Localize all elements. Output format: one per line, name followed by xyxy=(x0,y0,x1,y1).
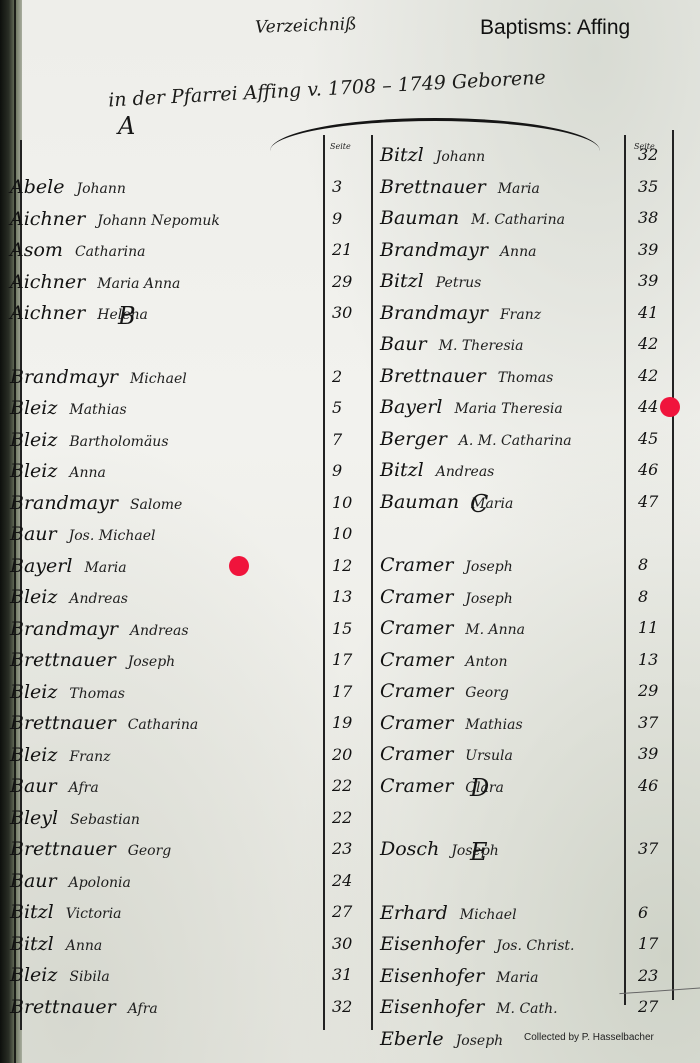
entry-given-name: Catharina xyxy=(128,717,199,733)
index-entry: BrettnauerCatharina xyxy=(10,708,198,738)
index-entry: AbeleJohann xyxy=(10,172,126,202)
entry-given-name: Anna xyxy=(500,244,537,260)
entry-given-name: M. Theresia xyxy=(439,338,524,354)
entry-page-number: 44 xyxy=(638,392,658,422)
entry-page-number: 8 xyxy=(638,550,648,580)
entry-surname: Bitzl xyxy=(380,270,424,292)
right-page-column-rule xyxy=(624,135,626,1005)
entry-surname: Cramer xyxy=(380,586,453,608)
entry-surname: Bitzl xyxy=(10,933,54,955)
index-entry: AichnerMaria Anna xyxy=(10,267,180,297)
entry-given-name: Mathias xyxy=(465,717,522,733)
entry-given-name: Joseph xyxy=(128,654,176,670)
entry-given-name: Georg xyxy=(465,685,509,701)
index-entry: BrandmayrAnna xyxy=(380,235,536,265)
index-entry: BrandmayrSalome xyxy=(10,488,182,518)
entry-surname: Aichner xyxy=(10,302,85,324)
entry-surname: Brandmayr xyxy=(10,618,118,640)
entry-given-name: Maria xyxy=(498,181,540,197)
entry-page-number: 29 xyxy=(332,267,352,297)
index-entry: BrandmayrFranz xyxy=(380,298,541,328)
entry-given-name: Andreas xyxy=(436,464,495,480)
entry-given-name: Ursula xyxy=(465,748,513,764)
index-entry: ErhardMichael xyxy=(380,898,517,928)
entry-surname: Bitzl xyxy=(380,459,424,481)
entry-surname: Eisenhofer xyxy=(380,933,484,955)
entry-surname: Cramer xyxy=(380,680,453,702)
entry-page-number: 13 xyxy=(638,645,658,675)
entry-surname: Brandmayr xyxy=(10,492,118,514)
index-entry: EisenhoferJos. Christ. xyxy=(380,929,575,959)
entry-given-name: A. M. Catharina xyxy=(459,433,572,449)
entry-surname: Bleiz xyxy=(10,681,57,703)
index-entry: BitzlAndreas xyxy=(380,455,494,485)
entry-surname: Brettnauer xyxy=(10,838,116,860)
index-entry: BleizBartholomäus xyxy=(10,425,169,455)
index-entry: BaurJos. Michael xyxy=(10,519,156,549)
highlight-marker xyxy=(660,397,680,417)
index-entry: BrettnauerMaria xyxy=(380,172,540,202)
entry-surname: Dosch xyxy=(380,838,439,860)
entry-given-name: Maria xyxy=(496,970,538,986)
entry-page-number: 3 xyxy=(332,172,342,202)
entry-page-number: 31 xyxy=(332,960,352,990)
entry-surname: Cramer xyxy=(380,554,453,576)
entry-page-number: 22 xyxy=(332,771,352,801)
index-entry: BaurAfra xyxy=(10,771,99,801)
index-entry: BleizAndreas xyxy=(10,582,128,612)
entry-given-name: Bartholomäus xyxy=(69,434,168,450)
entry-surname: Bauman xyxy=(380,491,459,513)
entry-page-number: 19 xyxy=(332,708,352,738)
index-entry: BitzlVictoria xyxy=(10,897,122,927)
index-entry: BitzlJohann xyxy=(380,140,485,170)
entry-given-name: Sibila xyxy=(69,969,109,985)
entry-given-name: Afra xyxy=(69,780,99,796)
entry-surname: Brettnauer xyxy=(10,996,116,1018)
entry-given-name: Michael xyxy=(460,907,517,923)
entry-page-number: 46 xyxy=(638,771,658,801)
entry-surname: Aichner xyxy=(10,208,85,230)
entry-given-name: Johann Nepomuk xyxy=(97,213,220,229)
entry-page-number: 47 xyxy=(638,487,658,517)
index-entry: BleizSibila xyxy=(10,960,110,990)
entry-surname: Bitzl xyxy=(10,901,54,923)
entry-page-number: 10 xyxy=(332,519,352,549)
index-entry: BitzlAnna xyxy=(10,929,102,959)
entry-page-number: 41 xyxy=(638,298,658,328)
entry-given-name: Anna xyxy=(66,938,103,954)
entry-given-name: Joseph xyxy=(465,559,513,575)
left-page-column-rule xyxy=(323,135,325,1030)
entry-page-number: 9 xyxy=(332,204,342,234)
index-entry: BitzlPetrus xyxy=(380,266,481,296)
index-entry: BleizFranz xyxy=(10,740,111,770)
overlay-title: Baptisms: Affing xyxy=(480,16,630,40)
entry-page-number: 37 xyxy=(638,834,658,864)
entry-given-name: Maria Theresia xyxy=(454,401,562,417)
entry-page-number: 42 xyxy=(638,329,658,359)
index-entry: EisenhoferMaria xyxy=(380,961,538,991)
index-entry: BrettnauerThomas xyxy=(380,361,553,391)
entry-surname: Bleiz xyxy=(10,586,57,608)
entry-surname: Erhard xyxy=(380,902,448,924)
index-entry: CramerJoseph xyxy=(380,582,513,612)
entry-page-number: 42 xyxy=(638,361,658,391)
entry-given-name: Andreas xyxy=(130,623,189,639)
entry-page-number: 13 xyxy=(332,582,352,612)
right-margin-rule xyxy=(672,130,674,1000)
entry-surname: Bleiz xyxy=(10,429,57,451)
entry-surname: Bleiz xyxy=(10,460,57,482)
entry-given-name: Apolonia xyxy=(69,875,131,891)
index-entry: CramerM. Anna xyxy=(380,613,525,643)
entry-surname: Bleiz xyxy=(10,964,57,986)
entry-surname: Baur xyxy=(380,333,427,355)
entry-surname: Berger xyxy=(380,428,447,450)
entry-surname: Cramer xyxy=(380,649,453,671)
entry-surname: Brettnauer xyxy=(10,649,116,671)
entry-page-number: 27 xyxy=(332,897,352,927)
entry-surname: Baur xyxy=(10,523,57,545)
index-entry: AichnerJohann Nepomuk xyxy=(10,204,220,234)
entry-surname: Cramer xyxy=(380,743,453,765)
entry-surname: Cramer xyxy=(380,617,453,639)
entry-page-number: 6 xyxy=(638,898,648,928)
document-heading: Verzeichniß xyxy=(255,14,357,38)
entry-surname: Abele xyxy=(10,176,64,198)
entry-given-name: M. Catharina xyxy=(471,212,565,228)
entry-surname: Bleiz xyxy=(10,744,57,766)
entry-given-name: Johann xyxy=(76,181,125,197)
index-entry: BleylSebastian xyxy=(10,803,140,833)
entry-given-name: Andreas xyxy=(69,591,128,607)
entry-page-number: 29 xyxy=(638,676,658,706)
entry-page-number: 12 xyxy=(332,551,352,581)
index-entry: EberleJoseph xyxy=(380,1024,503,1054)
index-entry: CramerJoseph xyxy=(380,550,513,580)
entry-surname: Baur xyxy=(10,775,57,797)
entry-given-name: Georg xyxy=(128,843,172,859)
entry-given-name: Victoria xyxy=(66,906,122,922)
entry-surname: Bauman xyxy=(380,207,459,229)
entry-page-number: 30 xyxy=(332,929,352,959)
entry-given-name: Franz xyxy=(69,749,110,765)
index-entry: BayerlMaria Theresia xyxy=(380,392,563,422)
index-entry: CramerAnton xyxy=(380,645,508,675)
entry-given-name: Catharina xyxy=(75,244,146,260)
entry-given-name: Maria xyxy=(84,560,126,576)
entry-given-name: Afra xyxy=(128,1001,158,1017)
entry-surname: Bleiz xyxy=(10,397,57,419)
entry-surname: Brettnauer xyxy=(380,176,486,198)
entry-surname: Eisenhofer xyxy=(380,965,484,987)
entry-surname: Eisenhofer xyxy=(380,996,484,1018)
entry-given-name: Johann xyxy=(436,149,485,165)
index-entry: BleizThomas xyxy=(10,677,125,707)
index-entry: CramerMathias xyxy=(380,708,523,738)
document-page: Verzeichniß Baptisms: Affing in der Pfar… xyxy=(0,0,700,1063)
center-rule xyxy=(371,135,373,1030)
entry-page-number: 17 xyxy=(332,645,352,675)
entry-page-number: 24 xyxy=(332,866,352,896)
entry-page-number: 39 xyxy=(638,739,658,769)
entry-given-name: Joseph xyxy=(456,1033,504,1049)
entry-page-number: 21 xyxy=(332,235,352,265)
entry-surname: Bayerl xyxy=(380,396,442,418)
entry-page-number: 39 xyxy=(638,266,658,296)
entry-surname: Bayerl xyxy=(10,555,72,577)
left-page-column-label: Seite xyxy=(330,142,351,151)
entry-given-name: Jos. Christ. xyxy=(496,938,574,954)
entry-surname: Bleyl xyxy=(10,807,58,829)
entry-given-name: Mathias xyxy=(69,402,126,418)
entry-surname: Brettnauer xyxy=(380,365,486,387)
index-entry: BaumanM. Catharina xyxy=(380,203,565,233)
index-entry: AsomCatharina xyxy=(10,235,146,265)
entry-given-name: Salome xyxy=(130,497,182,513)
index-entry: BayerlMaria xyxy=(10,551,127,581)
entry-page-number: 11 xyxy=(638,613,658,643)
entry-page-number: 5 xyxy=(332,393,342,423)
entry-page-number: 45 xyxy=(638,424,658,454)
entry-given-name: M. Anna xyxy=(465,622,525,638)
section-letter: A xyxy=(118,112,135,140)
entry-given-name: Joseph xyxy=(465,591,513,607)
section-letter: D xyxy=(470,774,489,802)
entry-given-name: Maria Anna xyxy=(97,276,180,292)
entry-page-number: 22 xyxy=(332,803,352,833)
entry-page-number: 32 xyxy=(638,140,658,170)
section-letter: B xyxy=(118,302,136,330)
entry-surname: Asom xyxy=(10,239,63,261)
entry-given-name: Michael xyxy=(130,371,187,387)
entry-page-number: 7 xyxy=(332,425,342,455)
highlight-marker xyxy=(229,556,249,576)
entry-page-number: 2 xyxy=(332,362,342,392)
entry-given-name: Thomas xyxy=(69,686,125,702)
entry-surname: Cramer xyxy=(380,775,453,797)
index-entry: BleizMathias xyxy=(10,393,127,423)
index-entry: BaurApolonia xyxy=(10,866,131,896)
index-entry: BrettnauerGeorg xyxy=(10,834,171,864)
entry-page-number: 46 xyxy=(638,455,658,485)
entry-surname: Baur xyxy=(10,870,57,892)
entry-surname: Brettnauer xyxy=(10,712,116,734)
entry-page-number: 23 xyxy=(638,961,658,991)
entry-page-number: 10 xyxy=(332,488,352,518)
entry-given-name: Franz xyxy=(500,307,541,323)
entry-page-number: 17 xyxy=(638,929,658,959)
entry-given-name: Anna xyxy=(69,465,106,481)
index-entry: BrandmayrAndreas xyxy=(10,614,189,644)
entry-given-name: Anton xyxy=(465,654,507,670)
index-entry: BaurM. Theresia xyxy=(380,329,523,359)
entry-surname: Aichner xyxy=(10,271,85,293)
credit-text: Collected by P. Hasselbacher xyxy=(524,1032,654,1043)
paper-fold xyxy=(619,987,700,1014)
index-entry: EisenhoferM. Cath. xyxy=(380,992,558,1022)
entry-given-name: Jos. Michael xyxy=(69,528,156,544)
index-entry: BaumanMaria xyxy=(380,487,513,517)
entry-surname: Brandmayr xyxy=(380,239,488,261)
entry-page-number: 38 xyxy=(638,203,658,233)
entry-surname: Bitzl xyxy=(380,144,424,166)
entry-page-number: 20 xyxy=(332,740,352,770)
entry-page-number: 32 xyxy=(332,992,352,1022)
index-entry: CramerUrsula xyxy=(380,739,513,769)
section-letter: E xyxy=(470,838,488,866)
entry-page-number: 15 xyxy=(332,614,352,644)
entry-surname: Cramer xyxy=(380,712,453,734)
entry-page-number: 35 xyxy=(638,172,658,202)
index-entry: BrettnauerAfra xyxy=(10,992,158,1022)
index-entry: BleizAnna xyxy=(10,456,106,486)
section-letter: C xyxy=(470,490,488,518)
index-entry: CramerGeorg xyxy=(380,676,509,706)
entry-surname: Brandmayr xyxy=(380,302,488,324)
entry-page-number: 37 xyxy=(638,708,658,738)
entry-page-number: 8 xyxy=(638,582,648,612)
entry-page-number: 30 xyxy=(332,298,352,328)
entry-given-name: Sebastian xyxy=(70,812,140,828)
entry-page-number: 17 xyxy=(332,677,352,707)
entry-given-name: Thomas xyxy=(498,370,554,386)
entry-given-name: M. Cath. xyxy=(496,1001,557,1017)
index-entry: BrettnauerJoseph xyxy=(10,645,175,675)
index-entry: BergerA. M. Catharina xyxy=(380,424,572,454)
entry-page-number: 9 xyxy=(332,456,342,486)
entry-page-number: 23 xyxy=(332,834,352,864)
entry-surname: Eberle xyxy=(380,1028,444,1050)
entry-surname: Brandmayr xyxy=(10,366,118,388)
index-entry: BrandmayrMichael xyxy=(10,362,187,392)
entry-page-number: 39 xyxy=(638,235,658,265)
document-subheading: in der Pfarrei Affing v. 1708 – 1749 Geb… xyxy=(108,67,547,112)
entry-given-name: Petrus xyxy=(436,275,482,291)
